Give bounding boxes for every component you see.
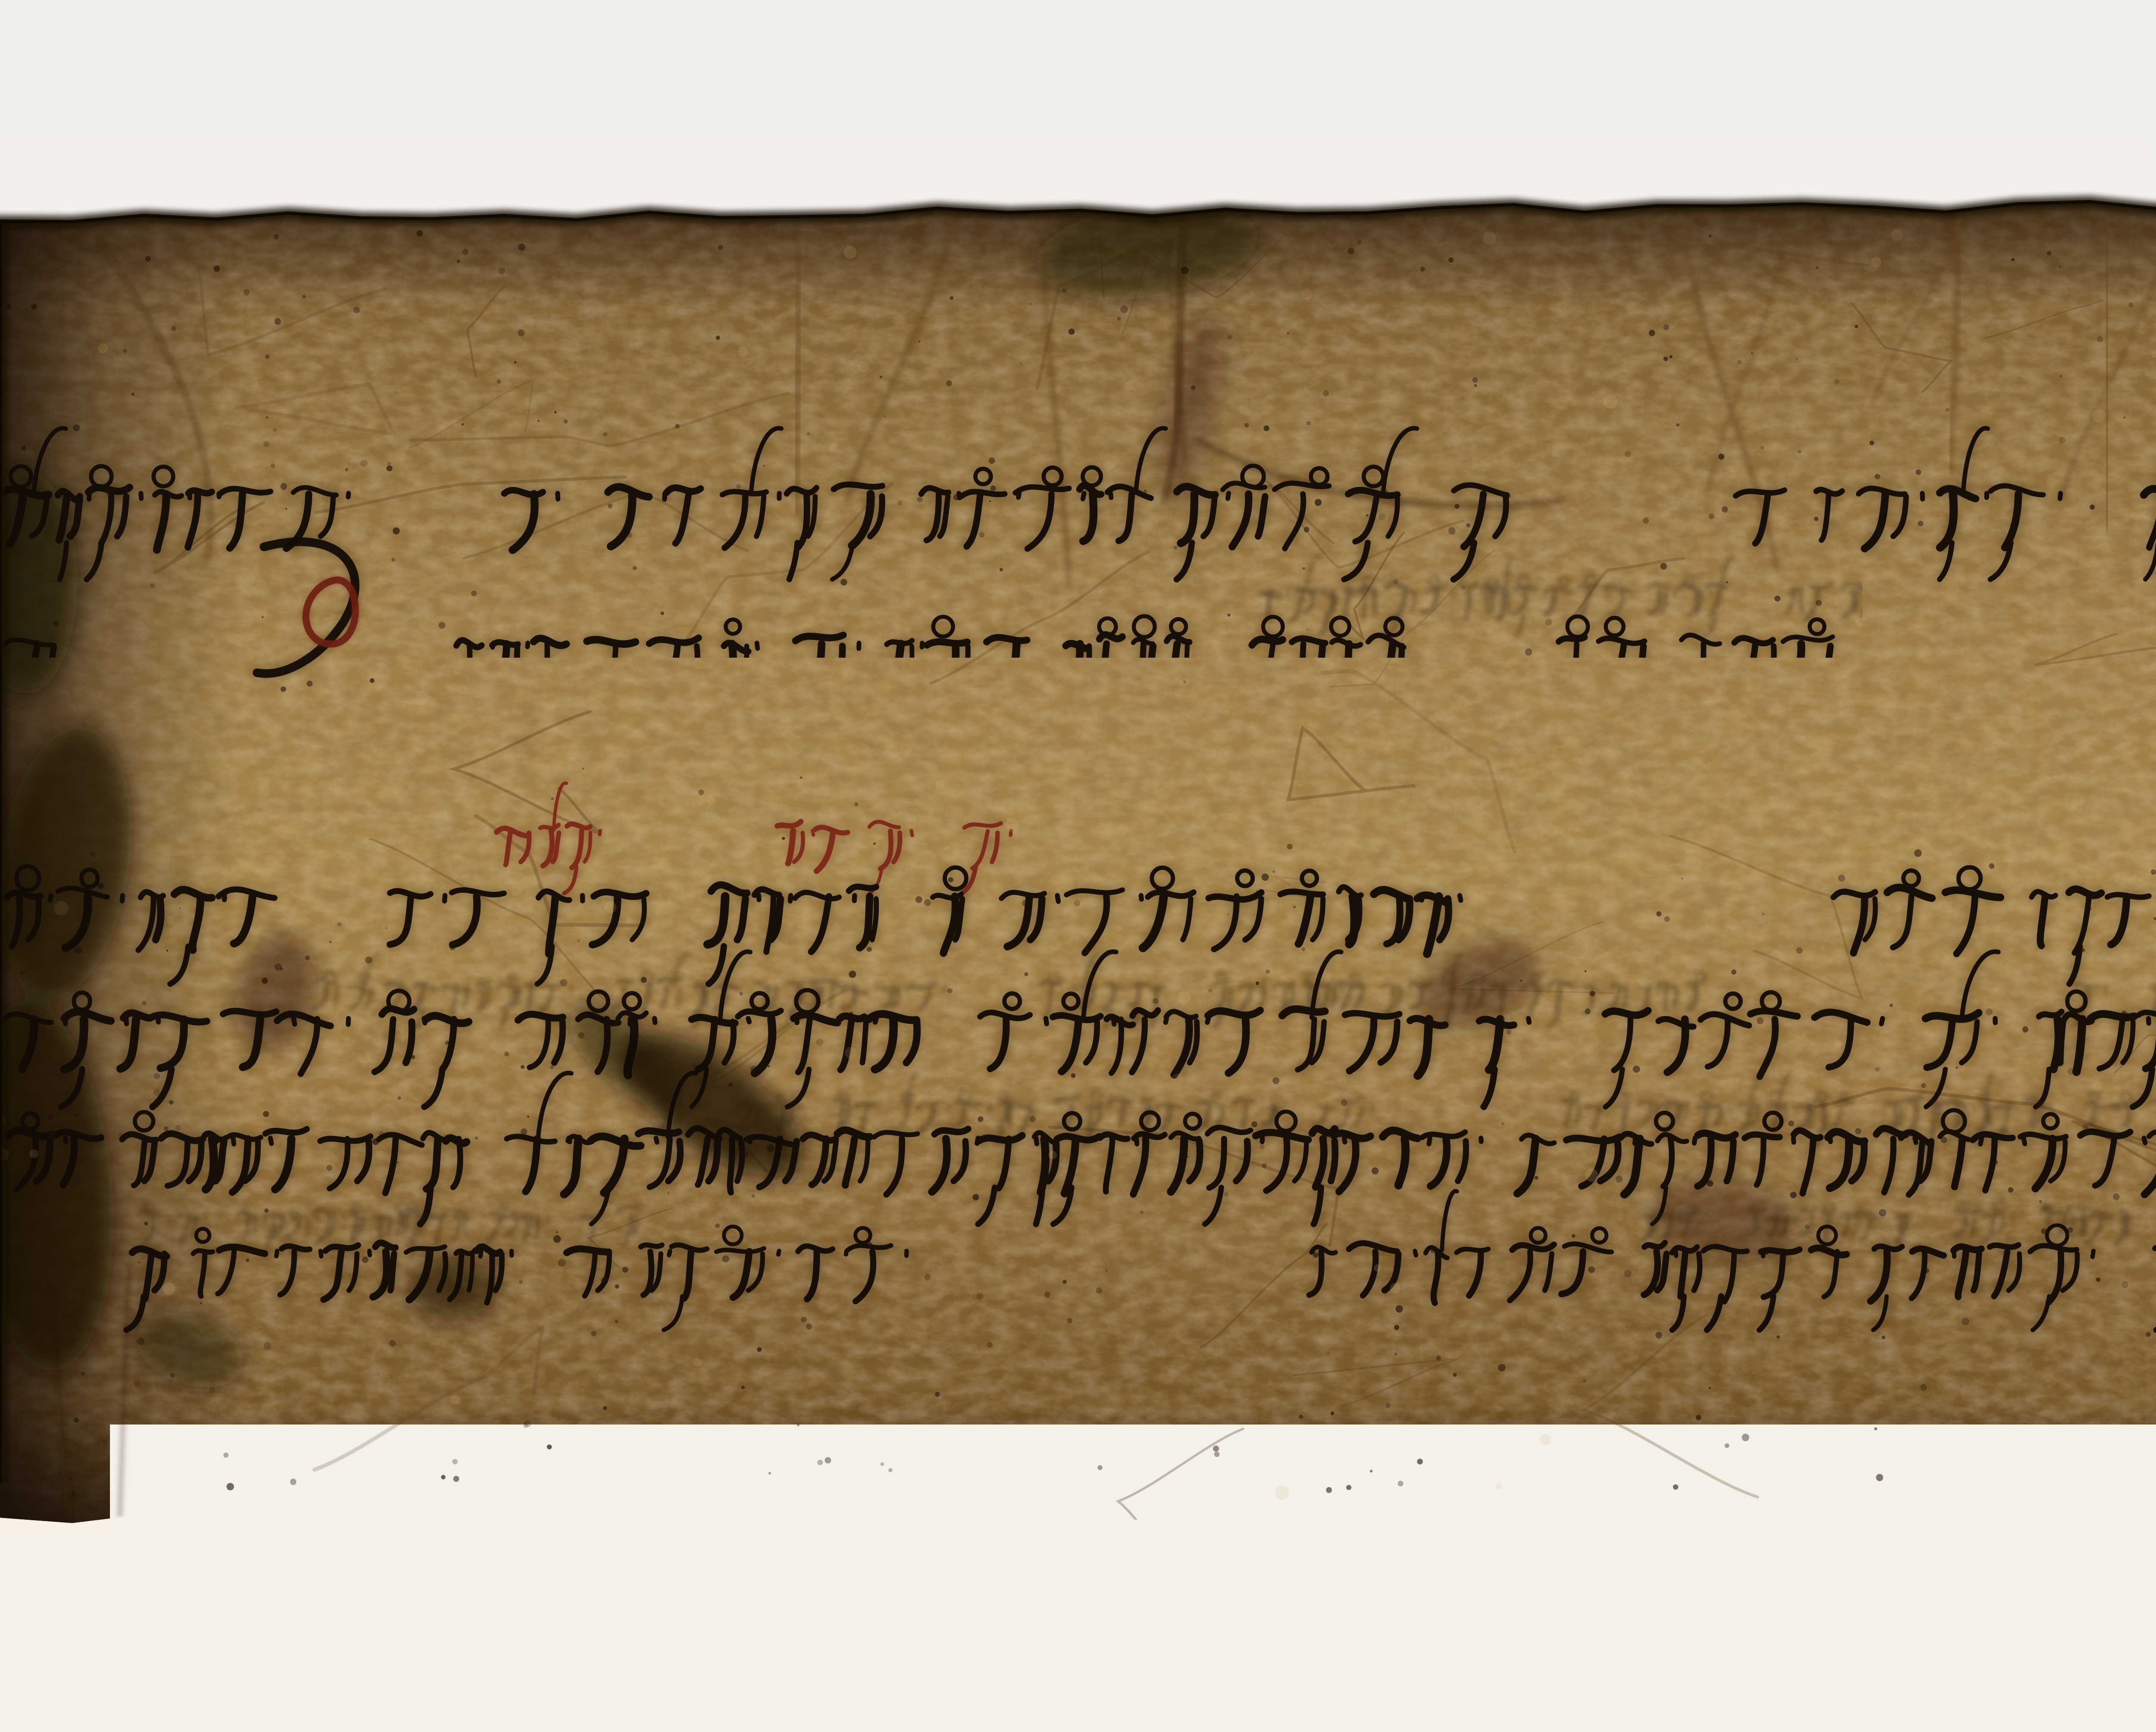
manuscript-photograph — [0, 0, 2156, 1732]
top-edge-fiber — [796, 211, 800, 511]
manuscript-leaf-svg — [0, 0, 2156, 1732]
top-edge-fiber — [2106, 211, 2108, 529]
manuscript-leaf — [0, 188, 2156, 1585]
